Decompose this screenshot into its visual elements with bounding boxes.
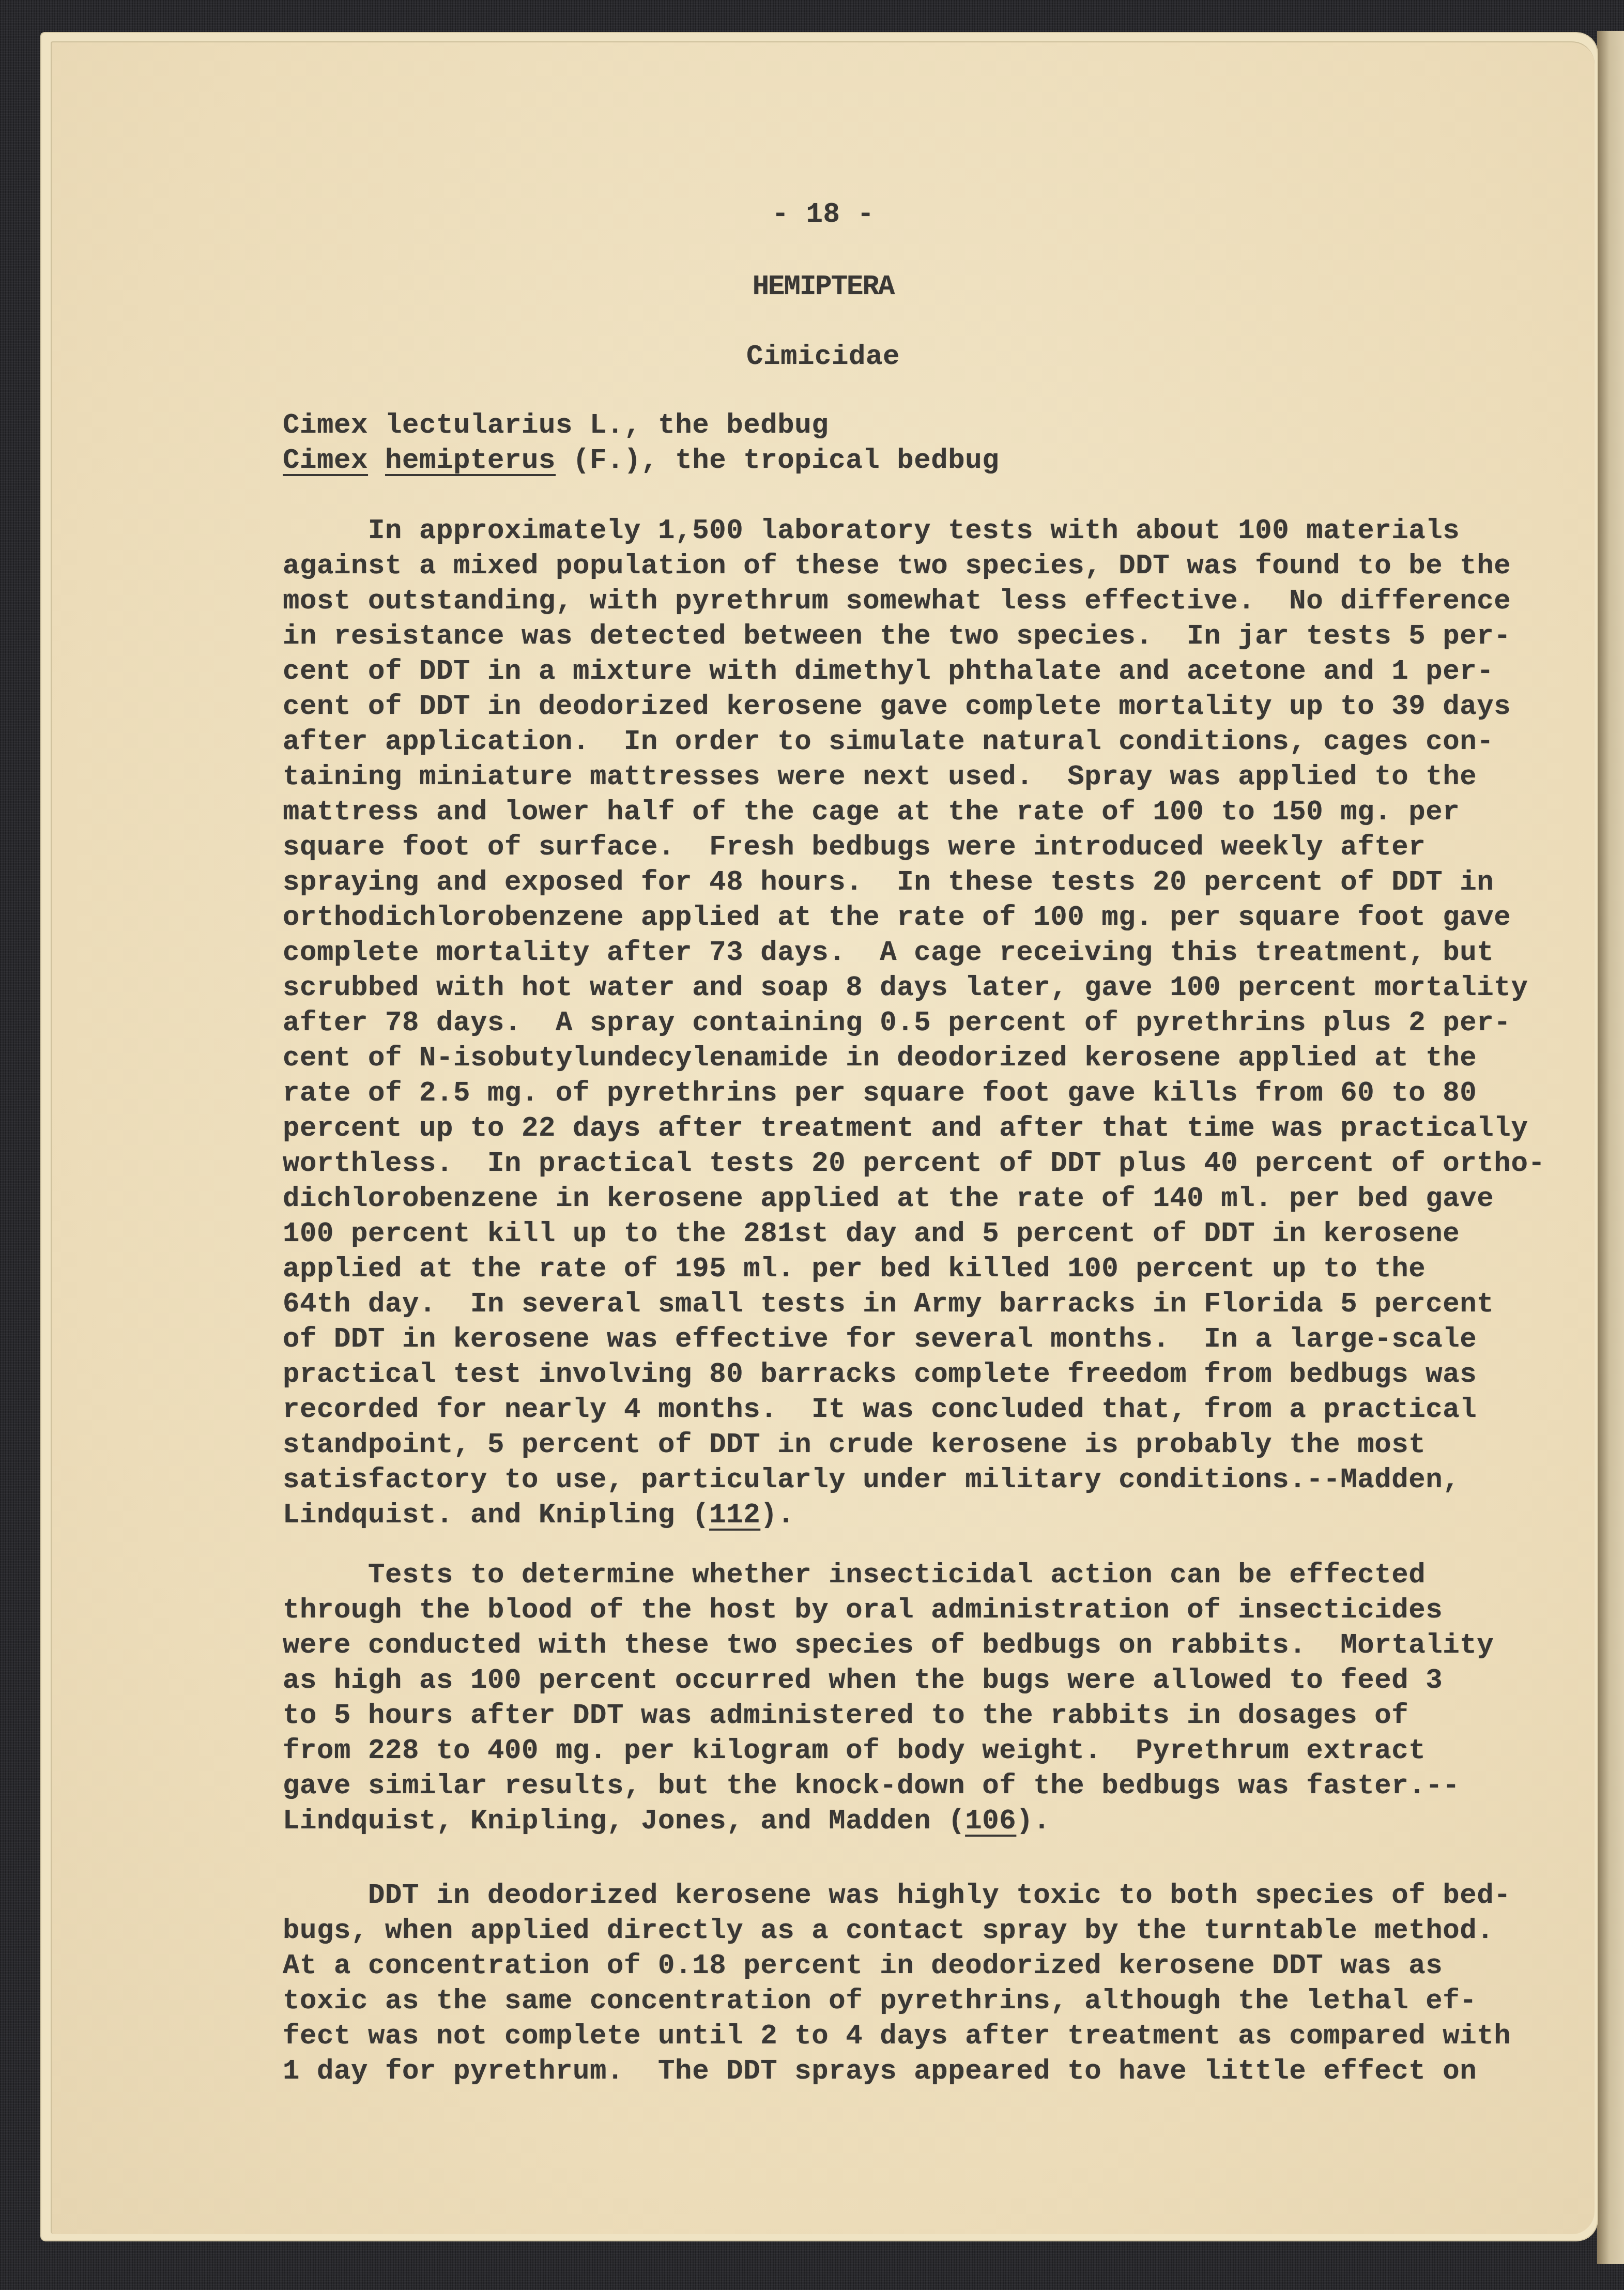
text-line: were conducted with these two species of… bbox=[283, 1628, 1494, 1663]
text-line: spraying and exposed for 48 hours. In th… bbox=[283, 865, 1494, 900]
text-line: square foot of surface. Fresh bedbugs we… bbox=[283, 830, 1426, 865]
text-line: scrubbed with hot water and soap 8 days … bbox=[283, 971, 1528, 1006]
text-line: 100 percent kill up to the 281st day and… bbox=[283, 1217, 1460, 1252]
species-genus: Cimex bbox=[283, 445, 368, 477]
page-number: - 18 - bbox=[52, 197, 1595, 233]
document-page: - 18 - HEMIPTERA Cimicidae Cimex lectula… bbox=[51, 41, 1595, 2234]
text-line-citation: Lindquist. and Knipling (112). bbox=[283, 1498, 794, 1533]
text-line: of DDT in kerosene was effective for sev… bbox=[283, 1322, 1477, 1357]
species-authority: L., the bedbug bbox=[573, 410, 829, 441]
text-line: after application. In order to simulate … bbox=[283, 725, 1494, 760]
text-line: in resistance was detected between the t… bbox=[283, 619, 1511, 654]
text-line: as high as 100 percent occurred when the… bbox=[283, 1663, 1443, 1699]
text-line: cent of N-isobutylundecylenamide in deod… bbox=[283, 1041, 1477, 1076]
text-line-citation: Lindquist, Knipling, Jones, and Madden (… bbox=[283, 1804, 1050, 1839]
text-line: Tests to determine whether insecticidal … bbox=[283, 1558, 1426, 1593]
order-heading: HEMIPTERA bbox=[52, 270, 1595, 305]
text-line: mattress and lower half of the cage at t… bbox=[283, 795, 1460, 830]
citation-close: ). bbox=[1016, 1806, 1050, 1837]
text-line: orthodichlorobenzene applied at the rate… bbox=[283, 900, 1511, 936]
text-line: to 5 hours after DDT was administered to… bbox=[283, 1699, 1408, 1734]
family-heading: Cimicidae bbox=[52, 340, 1595, 375]
text-line: At a concentration of 0.18 percent in de… bbox=[283, 1949, 1443, 1984]
citation-reference-number: 106 bbox=[965, 1806, 1016, 1837]
species-authority: (F.), the tropical bedbug bbox=[556, 445, 999, 477]
text-line: cent of DDT in a mixture with dimethyl p… bbox=[283, 654, 1494, 690]
text-line: toxic as the same concentration of pyret… bbox=[283, 1984, 1477, 2019]
text-line: after 78 days. A spray containing 0.5 pe… bbox=[283, 1006, 1511, 1041]
text-line: cent of DDT in deodorized kerosene gave … bbox=[283, 690, 1511, 725]
text-line: fect was not complete until 2 to 4 days … bbox=[283, 2019, 1511, 2054]
text-line: dichlorobenzene in kerosene applied at t… bbox=[283, 1182, 1494, 1217]
citation-authors: Lindquist, Knipling, Jones, and Madden ( bbox=[283, 1806, 965, 1837]
species-genus: Cimex bbox=[283, 410, 368, 441]
text-line: most outstanding, with pyrethrum somewha… bbox=[283, 584, 1511, 619]
text-line: practical test involving 80 barracks com… bbox=[283, 1357, 1477, 1393]
text-line: In approximately 1,500 laboratory tests … bbox=[283, 514, 1460, 549]
species-epithet: hemipterus bbox=[385, 445, 556, 477]
text-line: satisfactory to use, particularly under … bbox=[283, 1463, 1460, 1498]
text-line: bugs, when applied directly as a contact… bbox=[283, 1914, 1494, 1949]
citation-reference-number: 112 bbox=[709, 1500, 760, 1531]
text-line: percent up to 22 days after treatment an… bbox=[283, 1111, 1528, 1147]
adjacent-page-edge bbox=[1597, 31, 1624, 2264]
text-line: complete mortality after 73 days. A cage… bbox=[283, 936, 1494, 971]
text-line: 1 day for pyrethrum. The DDT sprays appe… bbox=[283, 2054, 1477, 2089]
text-line: applied at the rate of 195 ml. per bed k… bbox=[283, 1252, 1426, 1287]
text-line: through the blood of the host by oral ad… bbox=[283, 1593, 1443, 1628]
text-line: 64th day. In several small tests in Army… bbox=[283, 1287, 1494, 1322]
text-line: against a mixed population of these two … bbox=[283, 549, 1511, 584]
text-line: taining miniature mattresses were next u… bbox=[283, 760, 1477, 795]
citation-authors: Lindquist. and Knipling ( bbox=[283, 1500, 709, 1531]
text-line: worthless. In practical tests 20 percent… bbox=[283, 1147, 1545, 1182]
species-line-1: Cimex lectularius L., the bedbug bbox=[283, 408, 829, 444]
text-line: DDT in deodorized kerosene was highly to… bbox=[283, 1879, 1511, 1914]
text-line: from 228 to 400 mg. per kilogram of body… bbox=[283, 1734, 1426, 1769]
species-line-2: Cimex hemipterus (F.), the tropical bedb… bbox=[283, 444, 999, 479]
species-epithet: lectularius bbox=[385, 410, 573, 441]
text-line: gave similar results, but the knock-down… bbox=[283, 1769, 1460, 1804]
text-line: rate of 2.5 mg. of pyrethrins per square… bbox=[283, 1076, 1477, 1111]
text-line: recorded for nearly 4 months. It was con… bbox=[283, 1393, 1477, 1428]
citation-close: ). bbox=[760, 1500, 794, 1531]
text-line: standpoint, 5 percent of DDT in crude ke… bbox=[283, 1428, 1426, 1463]
